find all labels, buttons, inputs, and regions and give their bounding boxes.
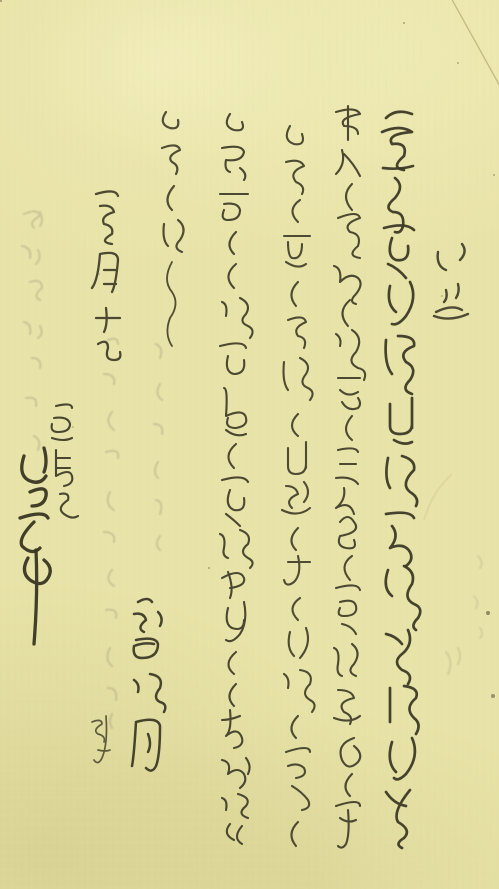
seal-note-text bbox=[92, 716, 110, 763]
manuscript-page bbox=[0, 0, 499, 889]
text-column-1 bbox=[382, 112, 420, 848]
end-marker-text bbox=[434, 244, 468, 319]
text-column-3 bbox=[282, 126, 315, 846]
text-column-2 bbox=[334, 106, 365, 848]
signature-name-text bbox=[132, 599, 165, 771]
signature-kao-text bbox=[20, 448, 50, 644]
signature-small-text bbox=[52, 404, 78, 517]
text-column-4 bbox=[220, 114, 253, 844]
date-column-text bbox=[92, 191, 120, 360]
text-column-5 bbox=[162, 112, 184, 346]
calligraphy-layer bbox=[0, 0, 499, 889]
